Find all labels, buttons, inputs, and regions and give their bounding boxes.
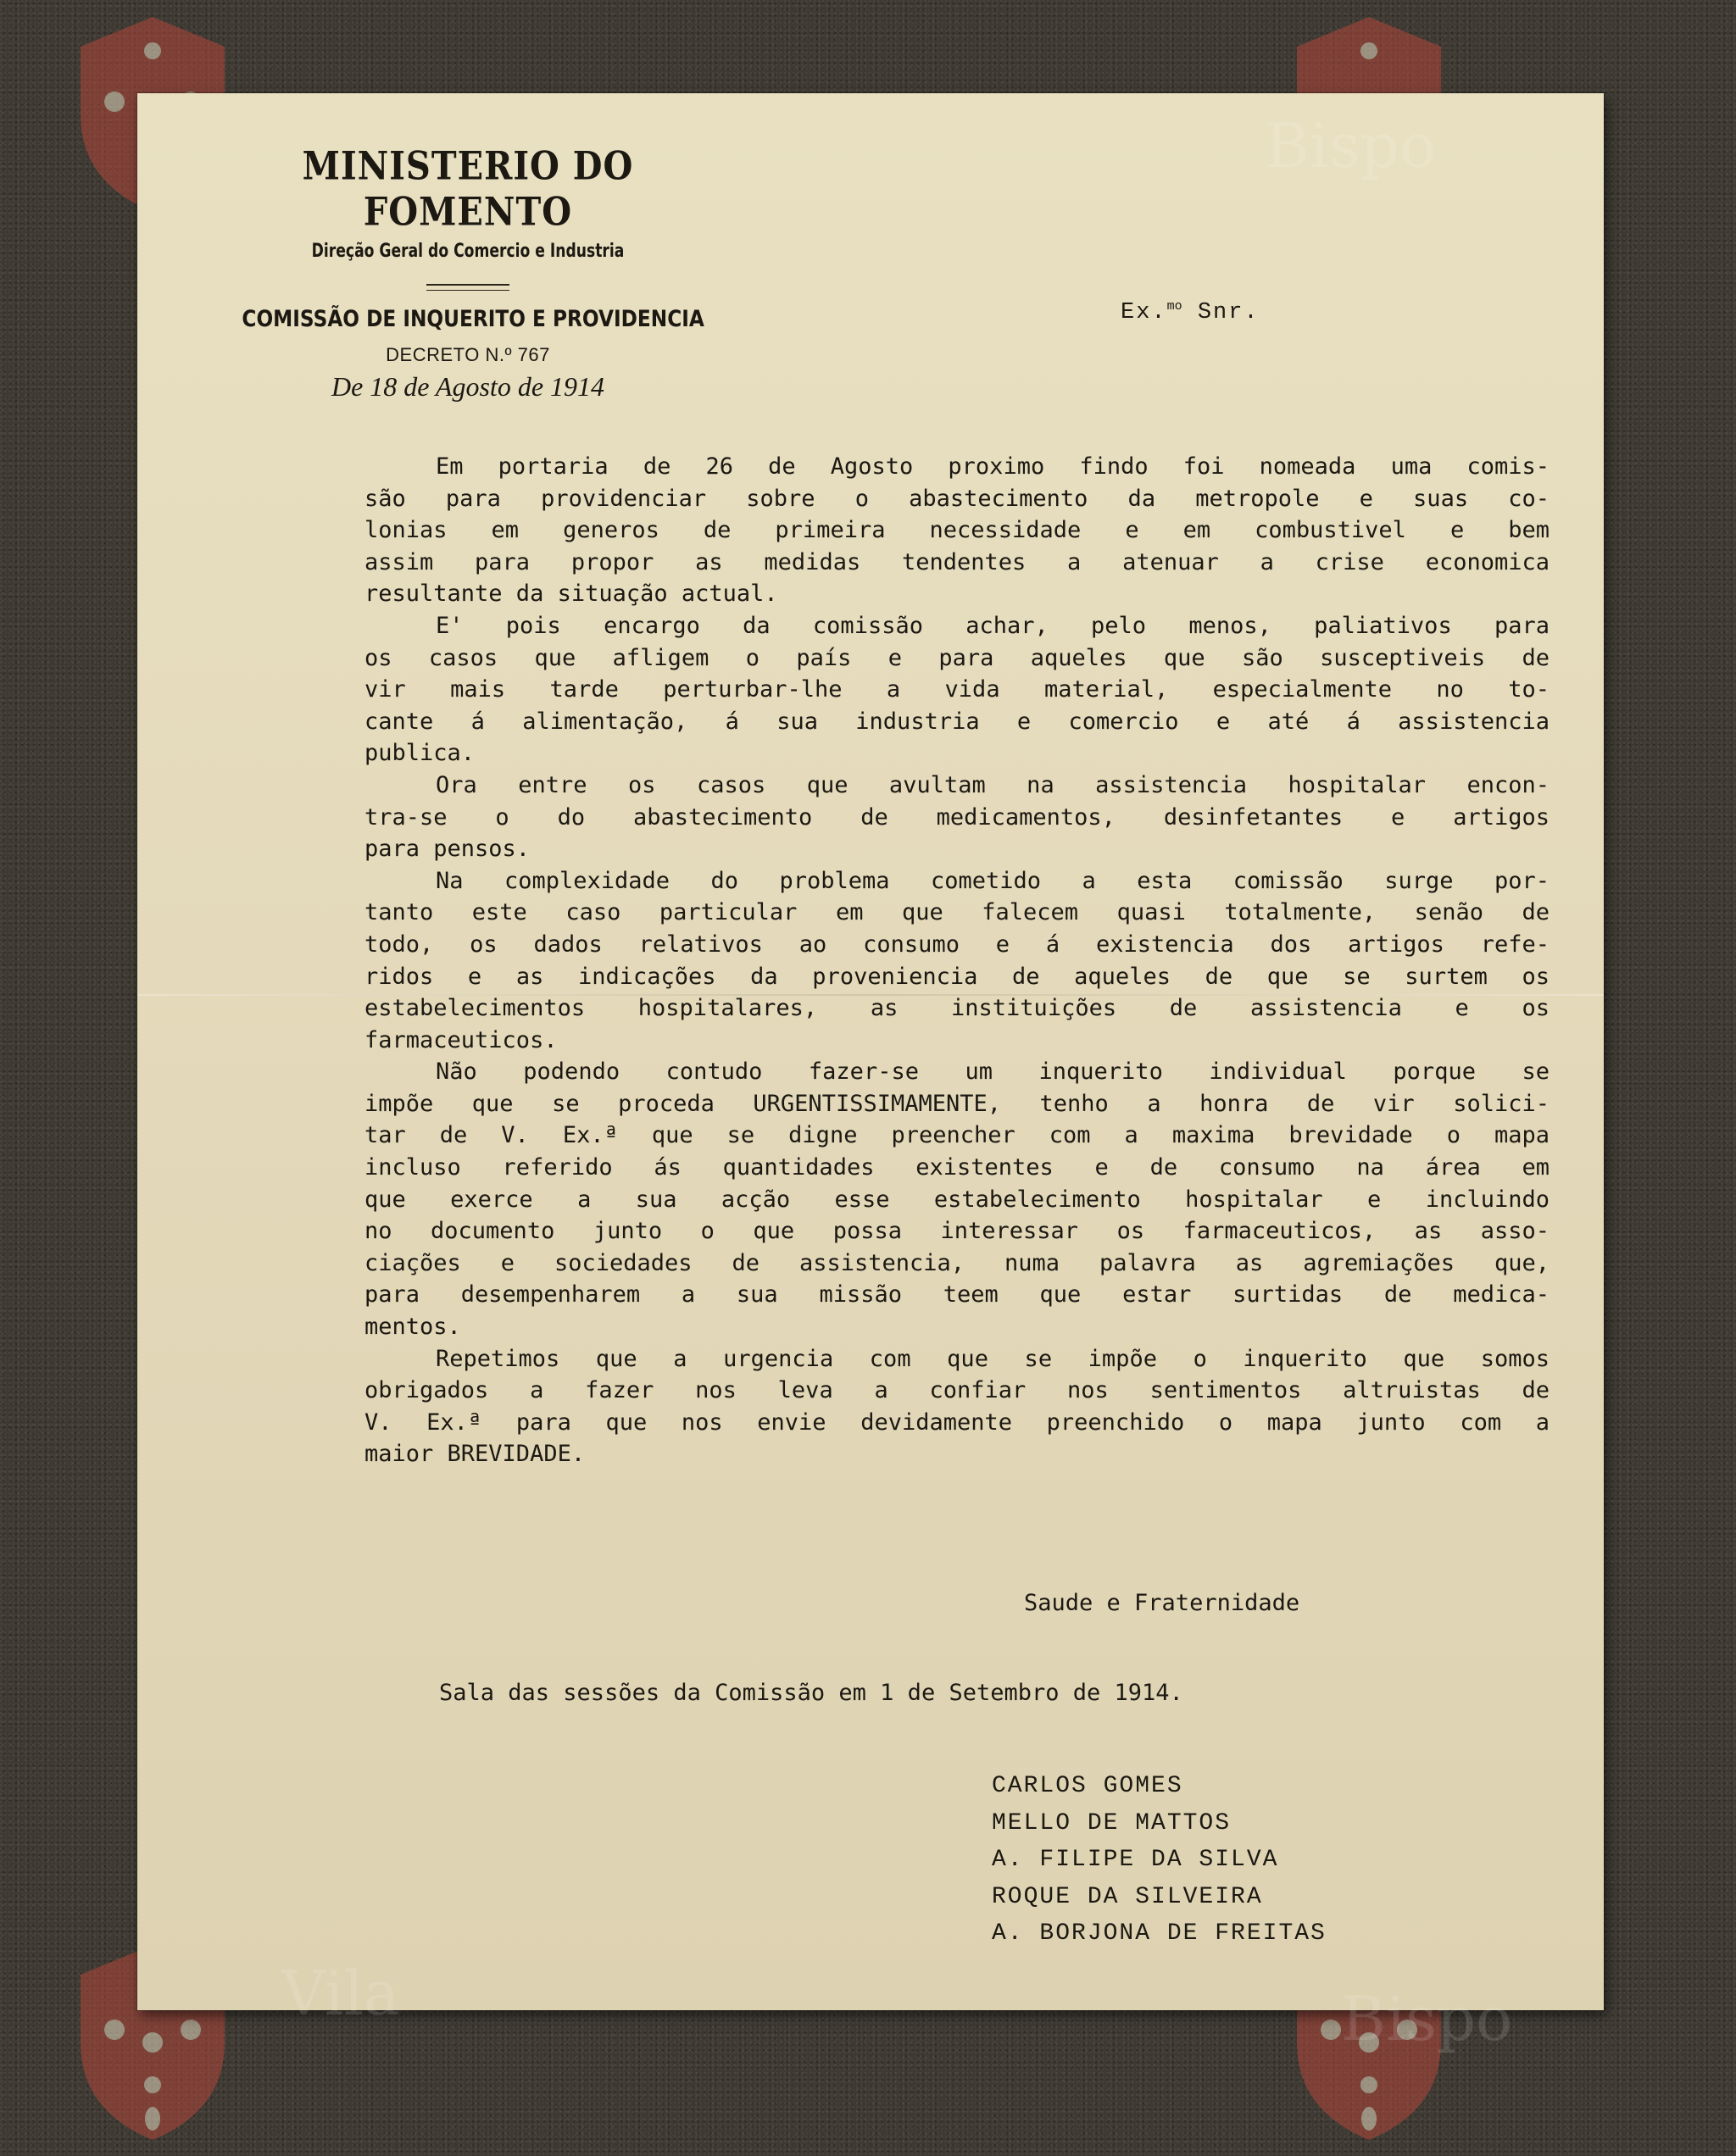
body-line: no documento junto o que possa interessa… [364, 1215, 1550, 1247]
body-line: tar de V. Ex.ª que se digne preencher co… [364, 1120, 1550, 1152]
body-line: os casos que afligem o país e para aquel… [364, 642, 1550, 675]
decree-number: DECRETO N.º 767 [205, 344, 731, 366]
body-line: incluso referido ás quantidades existent… [364, 1152, 1550, 1184]
salutation-superscript: mo [1167, 299, 1182, 314]
closing-greeting: Saude e Fraternidade [1024, 1590, 1299, 1616]
body-line: lonias em generos de primeira necessidad… [364, 514, 1550, 547]
body-line: cante á alimentação, á sua industria e c… [364, 706, 1550, 738]
signatory: ROQUE DA SILVEIRA [992, 1879, 1327, 1916]
body-line: Não podendo contudo fazer-se um inquerit… [364, 1056, 1550, 1088]
body-line: publica. [364, 737, 1550, 770]
body-paragraph: Na complexidade do problema cometido a e… [364, 865, 1550, 1057]
body-line: farmaceuticos. [364, 1025, 1550, 1057]
body-line: tanto este caso particular em que falece… [364, 897, 1550, 929]
session-place-date: Sala das sessões da Comissão em 1 de Set… [439, 1680, 1183, 1706]
body-line: são para providenciar sobre o abastecime… [364, 483, 1550, 515]
watermark-text: Vila [281, 1958, 400, 2029]
signatory: A. FILIPE DA SILVA [992, 1842, 1327, 1879]
signatory-list: CARLOS GOMES MELLO DE MATTOS A. FILIPE D… [992, 1768, 1327, 1953]
body-paragraph: Ora entre os casos que avultam na assist… [364, 770, 1550, 865]
body-line: Repetimos que a urgencia com que se impõ… [364, 1343, 1550, 1375]
body-line: mentos. [364, 1311, 1550, 1343]
letterhead: MINISTERIO DO FOMENTO Direção Geral do C… [205, 144, 731, 403]
salutation-prefix: Ex. [1121, 300, 1167, 325]
signatory: MELLO DE MATTOS [992, 1805, 1327, 1842]
letterhead-divider [426, 284, 509, 291]
salutation: Ex.mo Snr. [1121, 299, 1260, 325]
body-line: Na complexidade do problema cometido a e… [364, 865, 1550, 897]
letter-body: Em portaria de 26 de Agosto proximo find… [364, 451, 1550, 1470]
body-paragraph: Não podendo contudo fazer-se um inquerit… [364, 1056, 1550, 1342]
body-line: maior BREVIDADE. [364, 1438, 1550, 1470]
body-line: V. Ex.ª para que nos envie devidamente p… [364, 1407, 1550, 1439]
decree-date: De 18 de Agosto de 1914 [205, 371, 731, 403]
body-line: para desempenharem a sua missão teem que… [364, 1279, 1550, 1311]
salutation-suffix: Snr. [1182, 300, 1260, 325]
body-line: que exerce a sua acção esse estabelecime… [364, 1184, 1550, 1216]
body-line: tra-se o do abastecimento de medicamento… [364, 802, 1550, 834]
signatory: CARLOS GOMES [992, 1768, 1327, 1805]
body-line: vir mais tarde perturbar-lhe a vida mate… [364, 674, 1550, 706]
body-paragraph: Em portaria de 26 de Agosto proximo find… [364, 451, 1550, 610]
body-line: E' pois encargo da comissão achar, pelo … [364, 610, 1550, 642]
body-line: assim para propor as medidas tendentes a… [364, 547, 1550, 579]
ministry-title: MINISTERIO DO FOMENTO [205, 143, 731, 235]
body-line: estabelecimentos hospitalares, as instit… [364, 992, 1550, 1025]
watermark-text: Bispo [1265, 110, 1436, 181]
body-line: obrigados a fazer nos leva a confiar nos… [364, 1375, 1550, 1407]
commission-title: COMISSÃO DE INQUERITO E PROVIDENCIA [242, 306, 693, 332]
direction-subtitle: Direção Geral do Comercio e Industria [263, 241, 673, 262]
body-line: Em portaria de 26 de Agosto proximo find… [364, 451, 1550, 483]
body-line: impõe que se proceda URGENTISSIMAMENTE, … [364, 1088, 1550, 1120]
body-line: todo, os dados relativos ao consumo e á … [364, 929, 1550, 961]
body-paragraph: E' pois encargo da comissão achar, pelo … [364, 610, 1550, 770]
body-paragraph: Repetimos que a urgencia com que se impõ… [364, 1343, 1550, 1470]
body-line: Ora entre os casos que avultam na assist… [364, 770, 1550, 802]
body-line: ciações e sociedades de assistencia, num… [364, 1247, 1550, 1280]
body-line: para pensos. [364, 833, 1550, 865]
body-line: ridos e as indicações da proveniencia de… [364, 961, 1550, 993]
watermark-text: Bispo [1341, 1983, 1512, 2054]
signatory: A. BORJONA DE FREITAS [992, 1915, 1327, 1953]
letter-paper: MINISTERIO DO FOMENTO Direção Geral do C… [137, 93, 1604, 2010]
body-line: resultante da situação actual. [364, 578, 1550, 610]
